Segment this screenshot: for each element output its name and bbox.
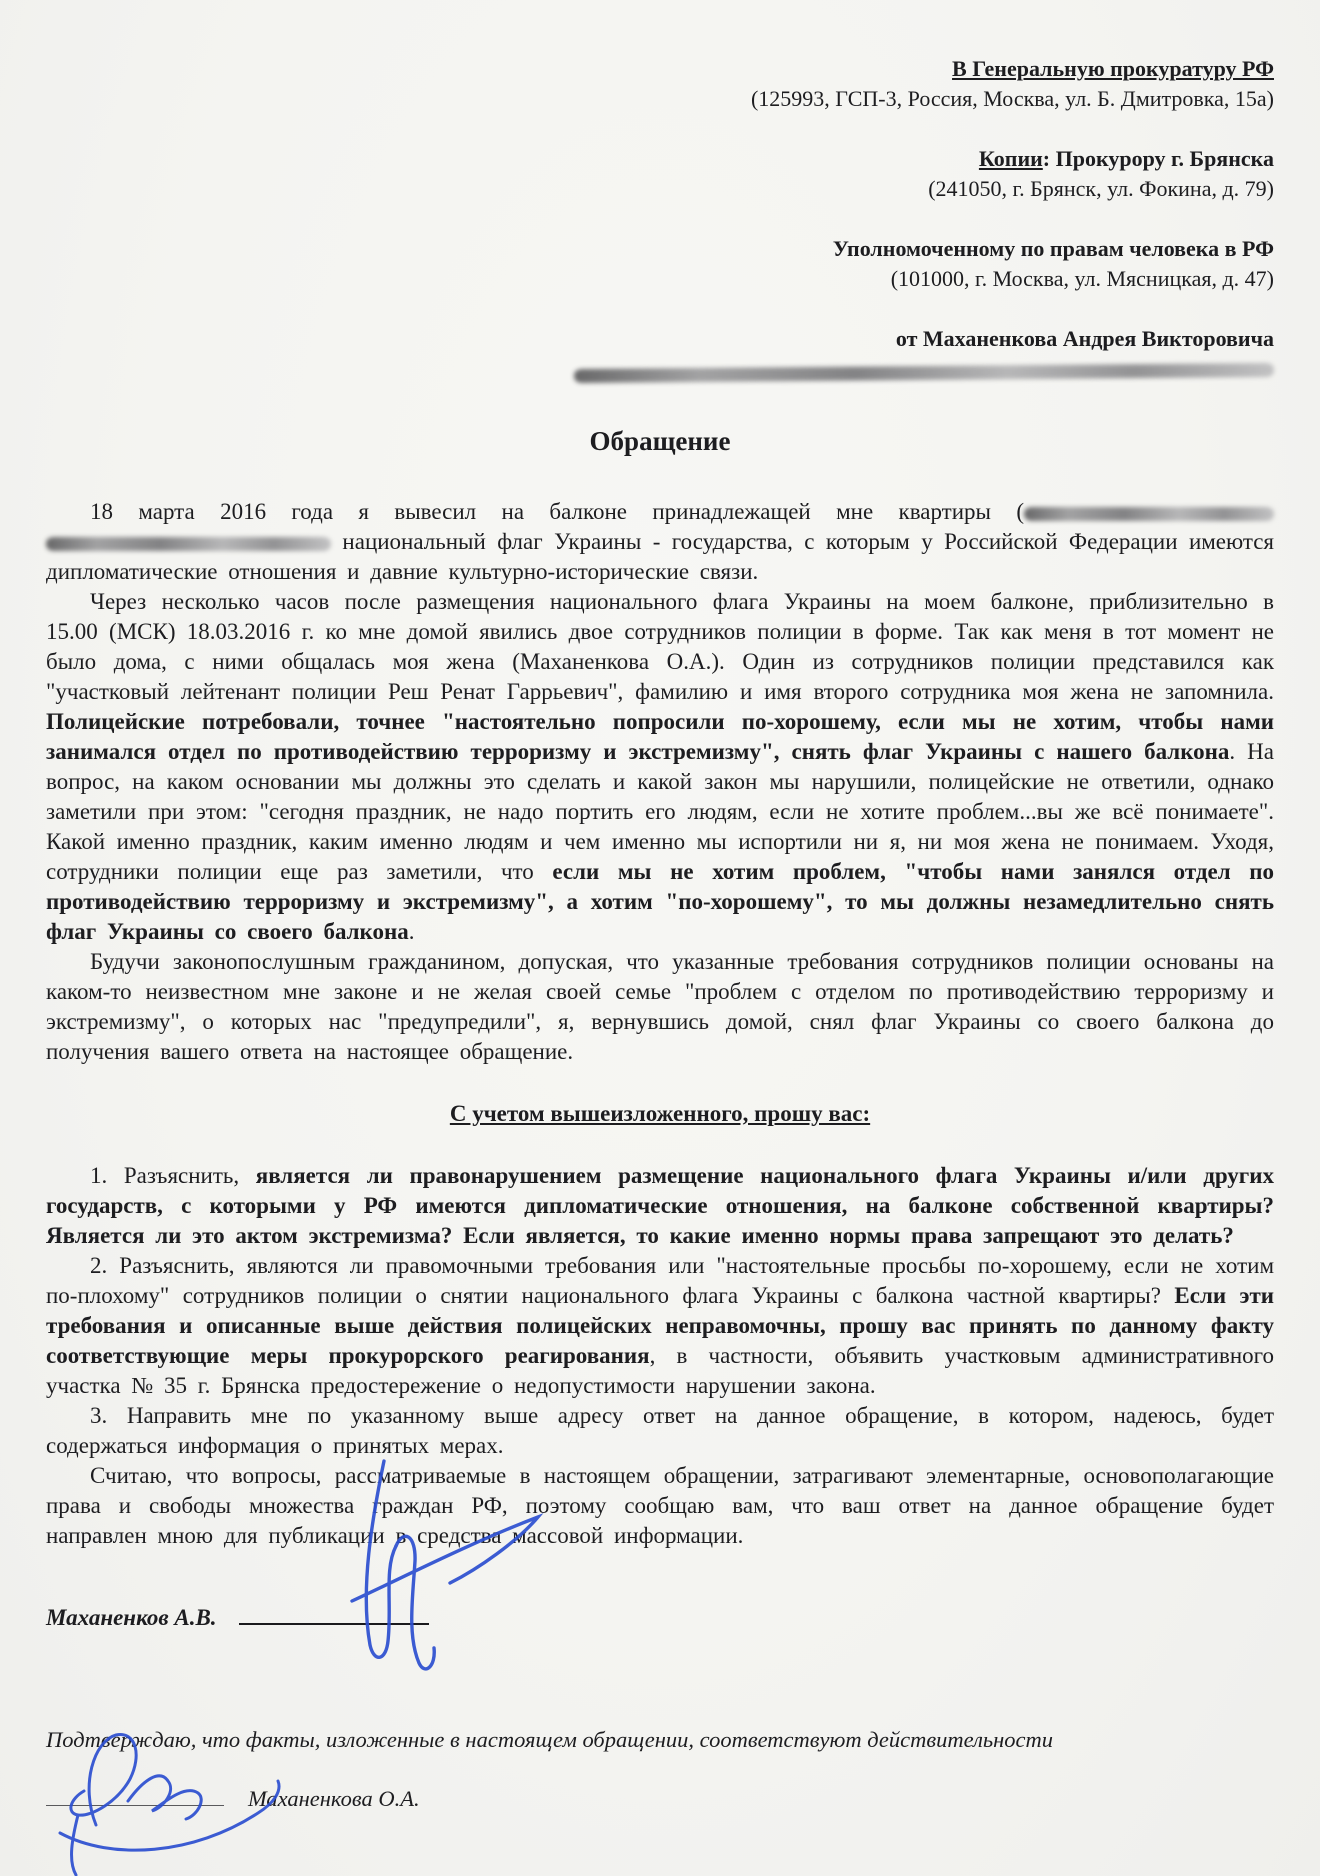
request-item-3: 3. Направить мне по указанному выше адре… — [46, 1401, 1274, 1461]
signature-line — [239, 1597, 429, 1625]
recipient-ombudsman: Уполномоченному по правам человека в РФ … — [46, 234, 1274, 294]
attestation-text: Подтверждаю, что факты, изложенные в нас… — [46, 1725, 1274, 1755]
bold-police-demand: Полицейские потребовали, точнее "настоят… — [46, 709, 1274, 764]
recipients-block: В Генеральную прокуратуру РФ (125993, ГС… — [46, 0, 1274, 380]
document-content: В Генеральную прокуратуру РФ (125993, ГС… — [46, 0, 1274, 1821]
redacted-text — [46, 537, 331, 551]
recipient-title: Копии: Прокурору г. Брянска — [46, 144, 1274, 174]
recipient-address: (241050, г. Брянск, ул. Фокина, д. 79) — [46, 174, 1274, 204]
text-segment: Через несколько часов после размещения н… — [46, 589, 1274, 704]
recipient-title: Уполномоченному по правам человека в РФ — [46, 234, 1274, 264]
recipient-title-text: : Прокурору г. Брянска — [1043, 146, 1274, 171]
recipient-bryansk-prosecutor: Копии: Прокурору г. Брянска (241050, г. … — [46, 144, 1274, 204]
request-item-1: 1. Разъяснить, является ли правонарушени… — [46, 1161, 1274, 1251]
redacted-sender-address — [574, 363, 1274, 383]
recipient-title: В Генеральную прокуратуру РФ — [46, 54, 1274, 84]
copies-label: Копии — [979, 146, 1043, 171]
recipient-general-prosecutor: В Генеральную прокуратуру РФ (125993, ГС… — [46, 54, 1274, 114]
attestation-signature-row: Маханенкова О.А. — [46, 1781, 1274, 1821]
applicant-name: Маханенков А.В. — [46, 1605, 217, 1630]
paragraph-compliance: Будучи законопослушным гражданином, допу… — [46, 947, 1274, 1067]
text-segment: 2. Разъяснить, являются ли правомочными … — [46, 1253, 1274, 1308]
document-title: Обращение — [46, 426, 1274, 457]
paragraph-closing: Считаю, что вопросы, рассматриваемые в н… — [46, 1461, 1274, 1551]
text-segment: . — [409, 919, 415, 944]
redacted-text — [1024, 507, 1274, 521]
text-segment: 1. Разъяснить, — [90, 1163, 256, 1188]
request-heading: С учетом вышеизложенного, прошу вас: — [46, 1101, 1274, 1127]
attestation-signature-line — [46, 1781, 224, 1806]
attester-name: Маханенкова О.А. — [248, 1786, 420, 1811]
text-segment: 18 марта 2016 года я вывесил на балконе … — [90, 499, 1024, 524]
paragraph-flag-posted: 18 марта 2016 года я вывесил на балконе … — [46, 497, 1274, 587]
recipient-address: (101000, г. Москва, ул. Мясницкая, д. 47… — [46, 264, 1274, 294]
paragraph-police-visit: Через несколько часов после размещения н… — [46, 587, 1274, 947]
request-heading-text: С учетом вышеизложенного, прошу вас: — [450, 1101, 870, 1126]
request-item-2: 2. Разъяснить, являются ли правомочными … — [46, 1251, 1274, 1401]
attestation-block: Подтверждаю, что факты, изложенные в нас… — [46, 1725, 1274, 1821]
scanned-document-page: В Генеральную прокуратуру РФ (125993, ГС… — [0, 0, 1320, 1876]
sender-line: от Маханенкова Андрея Викторовича — [46, 324, 1274, 354]
recipient-address: (125993, ГСП-3, Россия, Москва, ул. Б. Д… — [46, 84, 1274, 114]
applicant-signature-block: Маханенков А.В. — [46, 1597, 1274, 1641]
